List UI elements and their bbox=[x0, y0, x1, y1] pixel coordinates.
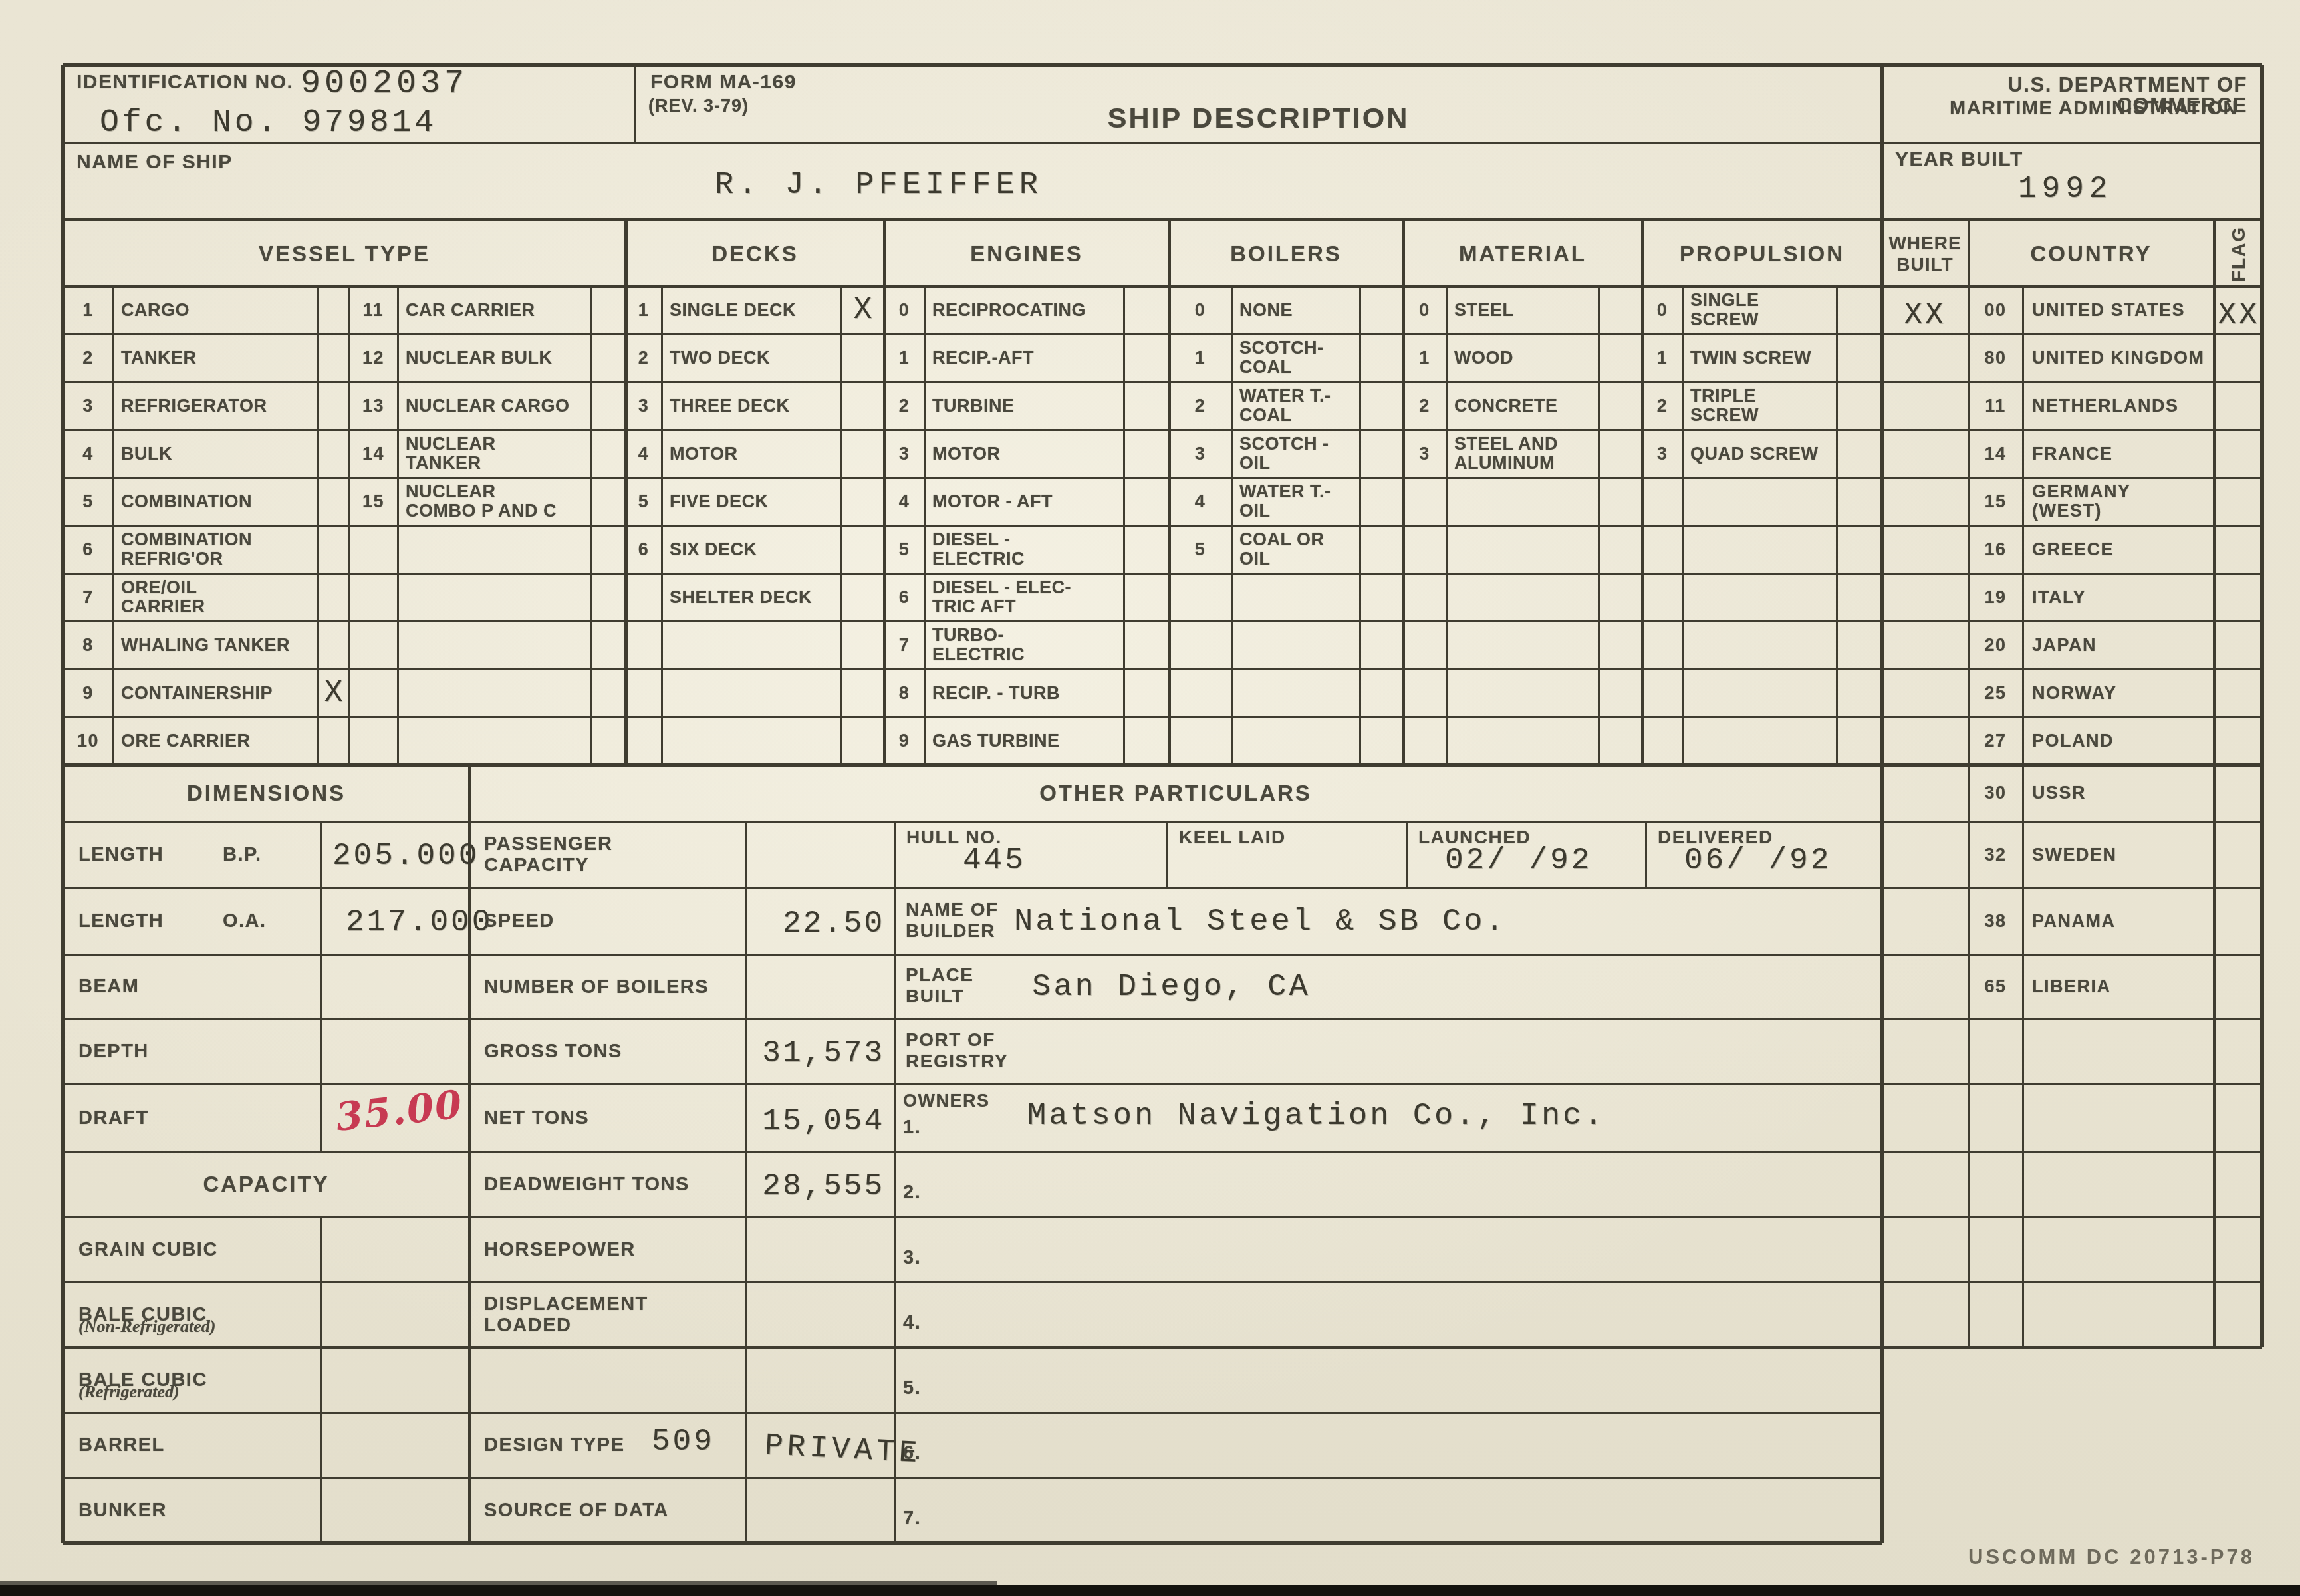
label-cell-vessel1: CONTAINERSHIP bbox=[121, 669, 315, 717]
country-name: UNITED KINGDOM bbox=[2032, 334, 2210, 382]
flag-label: FLAG bbox=[2208, 230, 2269, 278]
code-cell-engines: 1 bbox=[884, 334, 924, 382]
code-cell-vessel2: 11 bbox=[349, 286, 398, 334]
label-cell-vessel1: COMBINATION bbox=[121, 477, 315, 525]
middle-label-3: GROSS TONS bbox=[484, 1019, 737, 1084]
code-cell-vessel1: 8 bbox=[63, 621, 113, 669]
flag-mark: XX bbox=[2202, 291, 2275, 339]
label-cell-decks: MOTOR bbox=[670, 430, 838, 477]
code-cell-vessel2: 12 bbox=[349, 334, 398, 382]
grid-line bbox=[63, 1083, 2262, 1085]
country-name: USSR bbox=[2032, 765, 2210, 821]
capacity-header: CAPACITY bbox=[63, 1152, 469, 1217]
grid-line bbox=[63, 142, 2262, 144]
ship-name-value: R. J. PFEIFFER bbox=[715, 168, 1043, 203]
owner-number-6: 6. bbox=[903, 1443, 921, 1464]
dimension-label-beam: BEAM bbox=[78, 954, 311, 1019]
section-title-material: MATERIAL bbox=[1403, 225, 1642, 283]
code-cell-material: 0 bbox=[1403, 286, 1446, 334]
label-cell-boilers: NONE bbox=[1239, 286, 1357, 334]
particulars-port-label: PORT OF REGISTRY bbox=[906, 1029, 1008, 1072]
country-code: 80 bbox=[1968, 334, 2023, 382]
particulars-builder-value: National Steel & SB Co. bbox=[1014, 904, 1507, 940]
grid-line bbox=[63, 1281, 2262, 1283]
label-cell-engines: MOTOR - AFT bbox=[932, 477, 1121, 525]
country-name: GREECE bbox=[2032, 525, 2210, 573]
owner-number-7: 7. bbox=[903, 1508, 921, 1529]
grid-line bbox=[63, 1477, 1882, 1479]
dimension-value: 205.000 bbox=[332, 839, 479, 873]
country-name: FRANCE bbox=[2032, 430, 2210, 477]
section-title-boilers: BOILERS bbox=[1169, 225, 1403, 283]
particulars-place-value: San Diego, CA bbox=[1032, 970, 1311, 1005]
dimension-note: (Refrigerated) bbox=[78, 1381, 305, 1402]
country-code: 32 bbox=[1968, 821, 2023, 888]
design-type-value: 509 bbox=[652, 1424, 715, 1459]
code-cell-vessel1: 2 bbox=[63, 334, 113, 382]
code-cell-decks: 5 bbox=[626, 477, 662, 525]
label-cell-material: STEEL bbox=[1454, 286, 1597, 334]
code-cell-vessel2: 14 bbox=[349, 430, 398, 477]
label-cell-engines: RECIP.-AFT bbox=[932, 334, 1121, 382]
code-cell-engines: 7 bbox=[884, 621, 924, 669]
country-code: 15 bbox=[1968, 477, 2023, 525]
middle-label-4: NET TONS bbox=[484, 1084, 737, 1152]
code-cell-vessel2: 13 bbox=[349, 382, 398, 430]
owner-value-1: Matson Navigation Co., Inc. bbox=[1027, 1099, 1606, 1134]
hull-row-value-3: 06/ /92 bbox=[1684, 843, 1831, 878]
code-cell-vessel1: 7 bbox=[63, 573, 113, 621]
code-cell-vessel2: 15 bbox=[349, 477, 398, 525]
section-title-propulsion: PROPULSION bbox=[1642, 225, 1882, 283]
label-cell-decks: FIVE DECK bbox=[670, 477, 838, 525]
code-cell-propulsion: 3 bbox=[1642, 430, 1682, 477]
code-cell-boilers: 0 bbox=[1169, 286, 1231, 334]
dimension-sub-label: B.P. bbox=[223, 821, 309, 888]
label-cell-material: STEEL AND ALUMINUM bbox=[1454, 430, 1597, 477]
code-cell-propulsion: 2 bbox=[1642, 382, 1682, 430]
owner-number-1: 1. bbox=[903, 1117, 921, 1138]
scan-edge bbox=[0, 1585, 2300, 1596]
label-cell-vessel2: NUCLEAR BULK bbox=[406, 334, 588, 382]
code-cell-engines: 5 bbox=[884, 525, 924, 573]
label-cell-decks: SHELTER DECK bbox=[670, 573, 838, 621]
label-cell-vessel1: TANKER bbox=[121, 334, 315, 382]
label-cell-engines: TURBINE bbox=[932, 382, 1121, 430]
label-cell-boilers: SCOTCH - OIL bbox=[1239, 430, 1357, 477]
grid-line bbox=[634, 65, 636, 143]
country-code: 14 bbox=[1968, 430, 2023, 477]
code-cell-boilers: 5 bbox=[1169, 525, 1231, 573]
middle-value-1: 22.50 bbox=[746, 906, 884, 941]
middle-value-5: 28,555 bbox=[746, 1169, 884, 1204]
owner-number-4: 4. bbox=[903, 1313, 921, 1333]
official-number: Ofc. No. 979814 bbox=[100, 105, 437, 141]
label-cell-boilers: WATER T.-OIL bbox=[1239, 477, 1357, 525]
grid-line bbox=[63, 218, 2262, 221]
code-cell-vessel1: 1 bbox=[63, 286, 113, 334]
label-cell-propulsion: QUAD SCREW bbox=[1690, 430, 1834, 477]
hull-row-value-2: 02/ /92 bbox=[1445, 843, 1592, 878]
code-cell-decks: 1 bbox=[626, 286, 662, 334]
middle-label-10: SOURCE OF DATA bbox=[484, 1478, 737, 1543]
hull-row-value-0: 445 bbox=[963, 843, 1026, 878]
code-cell-decks: 2 bbox=[626, 334, 662, 382]
label-cell-propulsion: SINGLE SCREW bbox=[1690, 286, 1834, 334]
label-cell-vessel2: CAR CARRIER bbox=[406, 286, 588, 334]
country-name: SWEDEN bbox=[2032, 821, 2210, 888]
code-cell-decks: 4 bbox=[626, 430, 662, 477]
label-cell-propulsion: TRIPLE SCREW bbox=[1690, 382, 1834, 430]
label-cell-decks: SIX DECK bbox=[670, 525, 838, 573]
dimension-label-bale-cubic: BALE CUBIC bbox=[78, 1282, 311, 1347]
middle-label-7: DISPLACEMENT LOADED bbox=[484, 1282, 737, 1347]
label-cell-engines: GAS TURBINE bbox=[932, 717, 1121, 765]
label-cell-material: CONCRETE bbox=[1454, 382, 1597, 430]
section-title-country: COUNTRY bbox=[1968, 225, 2214, 283]
country-name: NETHERLANDS bbox=[2032, 382, 2210, 430]
label-cell-vessel1: CARGO bbox=[121, 286, 315, 334]
section-title-vessel1: VESSEL TYPE bbox=[63, 225, 626, 283]
check-mark-decks: X bbox=[834, 286, 891, 334]
owners-label: OWNERS bbox=[903, 1091, 990, 1111]
dimension-value: 217.000 bbox=[346, 905, 493, 940]
grid-line bbox=[320, 821, 322, 1152]
owner-number-5: 5. bbox=[903, 1378, 921, 1398]
code-cell-vessel1: 9 bbox=[63, 669, 113, 717]
grid-line bbox=[1645, 821, 1647, 888]
grid-line bbox=[63, 668, 2262, 670]
middle-label-0: PASSENGER CAPACITY bbox=[484, 821, 737, 888]
year-built-value: 1992 bbox=[2018, 172, 2112, 206]
owner-number-2: 2. bbox=[903, 1182, 921, 1203]
code-cell-propulsion: 1 bbox=[1642, 334, 1682, 382]
particulars-place-label: PLACE BUILT bbox=[906, 964, 973, 1007]
middle-value-3: 31,573 bbox=[746, 1036, 884, 1071]
label-cell-material: WOOD bbox=[1454, 334, 1597, 382]
country-name: GERMANY (WEST) bbox=[2032, 477, 2210, 525]
department-line2: MARITIME ADMINISTRATION bbox=[1895, 98, 2238, 119]
code-cell-vessel1: 5 bbox=[63, 477, 113, 525]
middle-value-4: 15,054 bbox=[746, 1104, 884, 1138]
middle-label-1: SPEED bbox=[484, 888, 737, 954]
ship-description-form: IDENTIFICATION NO. 9002037 Ofc. No. 9798… bbox=[0, 0, 2300, 1596]
label-cell-vessel1: BULK bbox=[121, 430, 315, 477]
section-title-decks: DECKS bbox=[626, 225, 884, 283]
label-cell-vessel1: WHALING TANKER bbox=[121, 621, 315, 669]
label-cell-vessel1: REFRIGERATOR bbox=[121, 382, 315, 430]
label-cell-decks: SINGLE DECK bbox=[670, 286, 838, 334]
label-cell-engines: TURBO- ELECTRIC bbox=[932, 621, 1121, 669]
grid-line bbox=[63, 573, 2262, 575]
code-cell-vessel1: 10 bbox=[63, 717, 113, 765]
year-built-label: YEAR BUILT bbox=[1895, 149, 2023, 170]
country-code: 65 bbox=[1968, 954, 2023, 1019]
country-code: 20 bbox=[1968, 621, 2023, 669]
label-cell-boilers: WATER T.- COAL bbox=[1239, 382, 1357, 430]
label-cell-propulsion: TWIN SCREW bbox=[1690, 334, 1834, 382]
dimension-note: (Non-Refrigerated) bbox=[78, 1316, 305, 1337]
dimension-label-grain-cubic: GRAIN CUBIC bbox=[78, 1217, 311, 1282]
code-cell-boilers: 2 bbox=[1169, 382, 1231, 430]
code-cell-vessel1: 4 bbox=[63, 430, 113, 477]
label-cell-vessel1: ORE CARRIER bbox=[121, 717, 315, 765]
label-cell-vessel2: NUCLEAR TANKER bbox=[406, 430, 588, 477]
grid-line bbox=[1166, 821, 1168, 888]
code-cell-engines: 2 bbox=[884, 382, 924, 430]
country-code: 30 bbox=[1968, 765, 2023, 821]
country-name: UNITED STATES bbox=[2032, 286, 2210, 334]
code-cell-decks: 6 bbox=[626, 525, 662, 573]
country-code: 11 bbox=[1968, 382, 2023, 430]
country-code: 16 bbox=[1968, 525, 2023, 573]
label-cell-boilers: SCOTCH- COAL bbox=[1239, 334, 1357, 382]
country-code: 38 bbox=[1968, 888, 2023, 954]
dimension-label-barrel: BARREL bbox=[78, 1412, 311, 1478]
design-type-private: PRIVATE bbox=[764, 1428, 922, 1471]
label-cell-boilers: COAL OR OIL bbox=[1239, 525, 1357, 573]
grid-line bbox=[63, 1346, 2262, 1349]
grid-line bbox=[63, 1018, 2262, 1020]
middle-label-2: NUMBER OF BOILERS bbox=[484, 954, 737, 1019]
grid-line bbox=[63, 620, 2262, 622]
code-cell-boilers: 3 bbox=[1169, 430, 1231, 477]
country-code: 25 bbox=[1968, 669, 2023, 717]
owner-number-3: 3. bbox=[903, 1248, 921, 1268]
code-cell-decks: 3 bbox=[626, 382, 662, 430]
label-cell-engines: RECIPROCATING bbox=[932, 286, 1121, 334]
where-built-mark: XX bbox=[1882, 291, 1968, 339]
identification-value: 9002037 bbox=[301, 65, 468, 103]
label-cell-engines: DIESEL - ELEC- TRIC AFT bbox=[932, 573, 1121, 621]
country-code: 00 bbox=[1968, 286, 2023, 334]
country-code: 19 bbox=[1968, 573, 2023, 621]
label-cell-decks: TWO DECK bbox=[670, 334, 838, 382]
grid-line bbox=[2213, 219, 2216, 1347]
particulars-builder-label: NAME OF BUILDER bbox=[906, 899, 999, 942]
code-cell-vessel1: 6 bbox=[63, 525, 113, 573]
dimension-label-bunker: BUNKER bbox=[78, 1478, 311, 1543]
dimensions-title: DIMENSIONS bbox=[63, 765, 469, 821]
dimension-label-bale-cubic: BALE CUBIC bbox=[78, 1347, 311, 1412]
grid-line bbox=[1406, 821, 1408, 888]
identification-label: IDENTIFICATION NO. bbox=[76, 72, 293, 92]
page-title: SHIP DESCRIPTION bbox=[635, 98, 1882, 138]
dimension-label-draft: DRAFT bbox=[78, 1084, 311, 1152]
label-cell-engines: MOTOR bbox=[932, 430, 1121, 477]
middle-label-5: DEADWEIGHT TONS bbox=[484, 1152, 737, 1217]
country-name: JAPAN bbox=[2032, 621, 2210, 669]
country-name: ITALY bbox=[2032, 573, 2210, 621]
label-cell-vessel2: NUCLEAR COMBO P AND C bbox=[406, 477, 588, 525]
label-cell-vessel1: ORE/OIL CARRIER bbox=[121, 573, 315, 621]
code-cell-engines: 0 bbox=[884, 286, 924, 334]
country-name: POLAND bbox=[2032, 717, 2210, 765]
hull-row-label-1: KEEL LAID bbox=[1179, 827, 1286, 847]
grid-line bbox=[63, 887, 2262, 889]
grid-line bbox=[320, 1217, 322, 1543]
code-cell-vessel1: 3 bbox=[63, 382, 113, 430]
label-cell-decks: THREE DECK bbox=[670, 382, 838, 430]
country-code: 27 bbox=[1968, 717, 2023, 765]
code-cell-boilers: 4 bbox=[1169, 477, 1231, 525]
other-particulars-title: OTHER PARTICULARS bbox=[469, 765, 1882, 821]
grid-line bbox=[63, 1541, 1882, 1545]
country-name: LIBERIA bbox=[2032, 954, 2210, 1019]
grid-line bbox=[63, 716, 2262, 718]
code-cell-material: 2 bbox=[1403, 382, 1446, 430]
draft-value-handwritten: 35.00 bbox=[334, 1081, 465, 1140]
label-cell-vessel1: COMBINATION REFRIG'OR bbox=[121, 525, 315, 573]
dimension-sub-label: O.A. bbox=[223, 888, 309, 954]
code-cell-boilers: 1 bbox=[1169, 334, 1231, 382]
middle-label-6: HORSEPOWER bbox=[484, 1217, 737, 1282]
code-cell-material: 3 bbox=[1403, 430, 1446, 477]
grid-line bbox=[63, 63, 2262, 67]
code-cell-material: 1 bbox=[1403, 334, 1446, 382]
section-title-where-built: WHERE BUILT bbox=[1882, 223, 1968, 285]
section-title-engines: ENGINES bbox=[884, 225, 1169, 283]
label-cell-engines: RECIP. - TURB bbox=[932, 669, 1121, 717]
label-cell-vessel2: NUCLEAR CARGO bbox=[406, 382, 588, 430]
code-cell-engines: 3 bbox=[884, 430, 924, 477]
check-mark-vessel1: X bbox=[311, 669, 356, 717]
form-footer-code: USCOMM DC 20713-P78 bbox=[1968, 1547, 2255, 1567]
form-number: FORM MA-169 bbox=[650, 72, 797, 92]
name-of-ship-label: NAME OF SHIP bbox=[76, 152, 233, 172]
label-cell-engines: DIESEL - ELECTRIC bbox=[932, 525, 1121, 573]
grid-line bbox=[63, 1412, 1882, 1414]
code-cell-engines: 8 bbox=[884, 669, 924, 717]
grid-line bbox=[63, 954, 2262, 956]
code-cell-engines: 9 bbox=[884, 717, 924, 765]
code-cell-engines: 4 bbox=[884, 477, 924, 525]
code-cell-engines: 6 bbox=[884, 573, 924, 621]
dimension-label-depth: DEPTH bbox=[78, 1019, 311, 1084]
code-cell-propulsion: 0 bbox=[1642, 286, 1682, 334]
country-name: PANAMA bbox=[2032, 888, 2210, 954]
country-name: NORWAY bbox=[2032, 669, 2210, 717]
